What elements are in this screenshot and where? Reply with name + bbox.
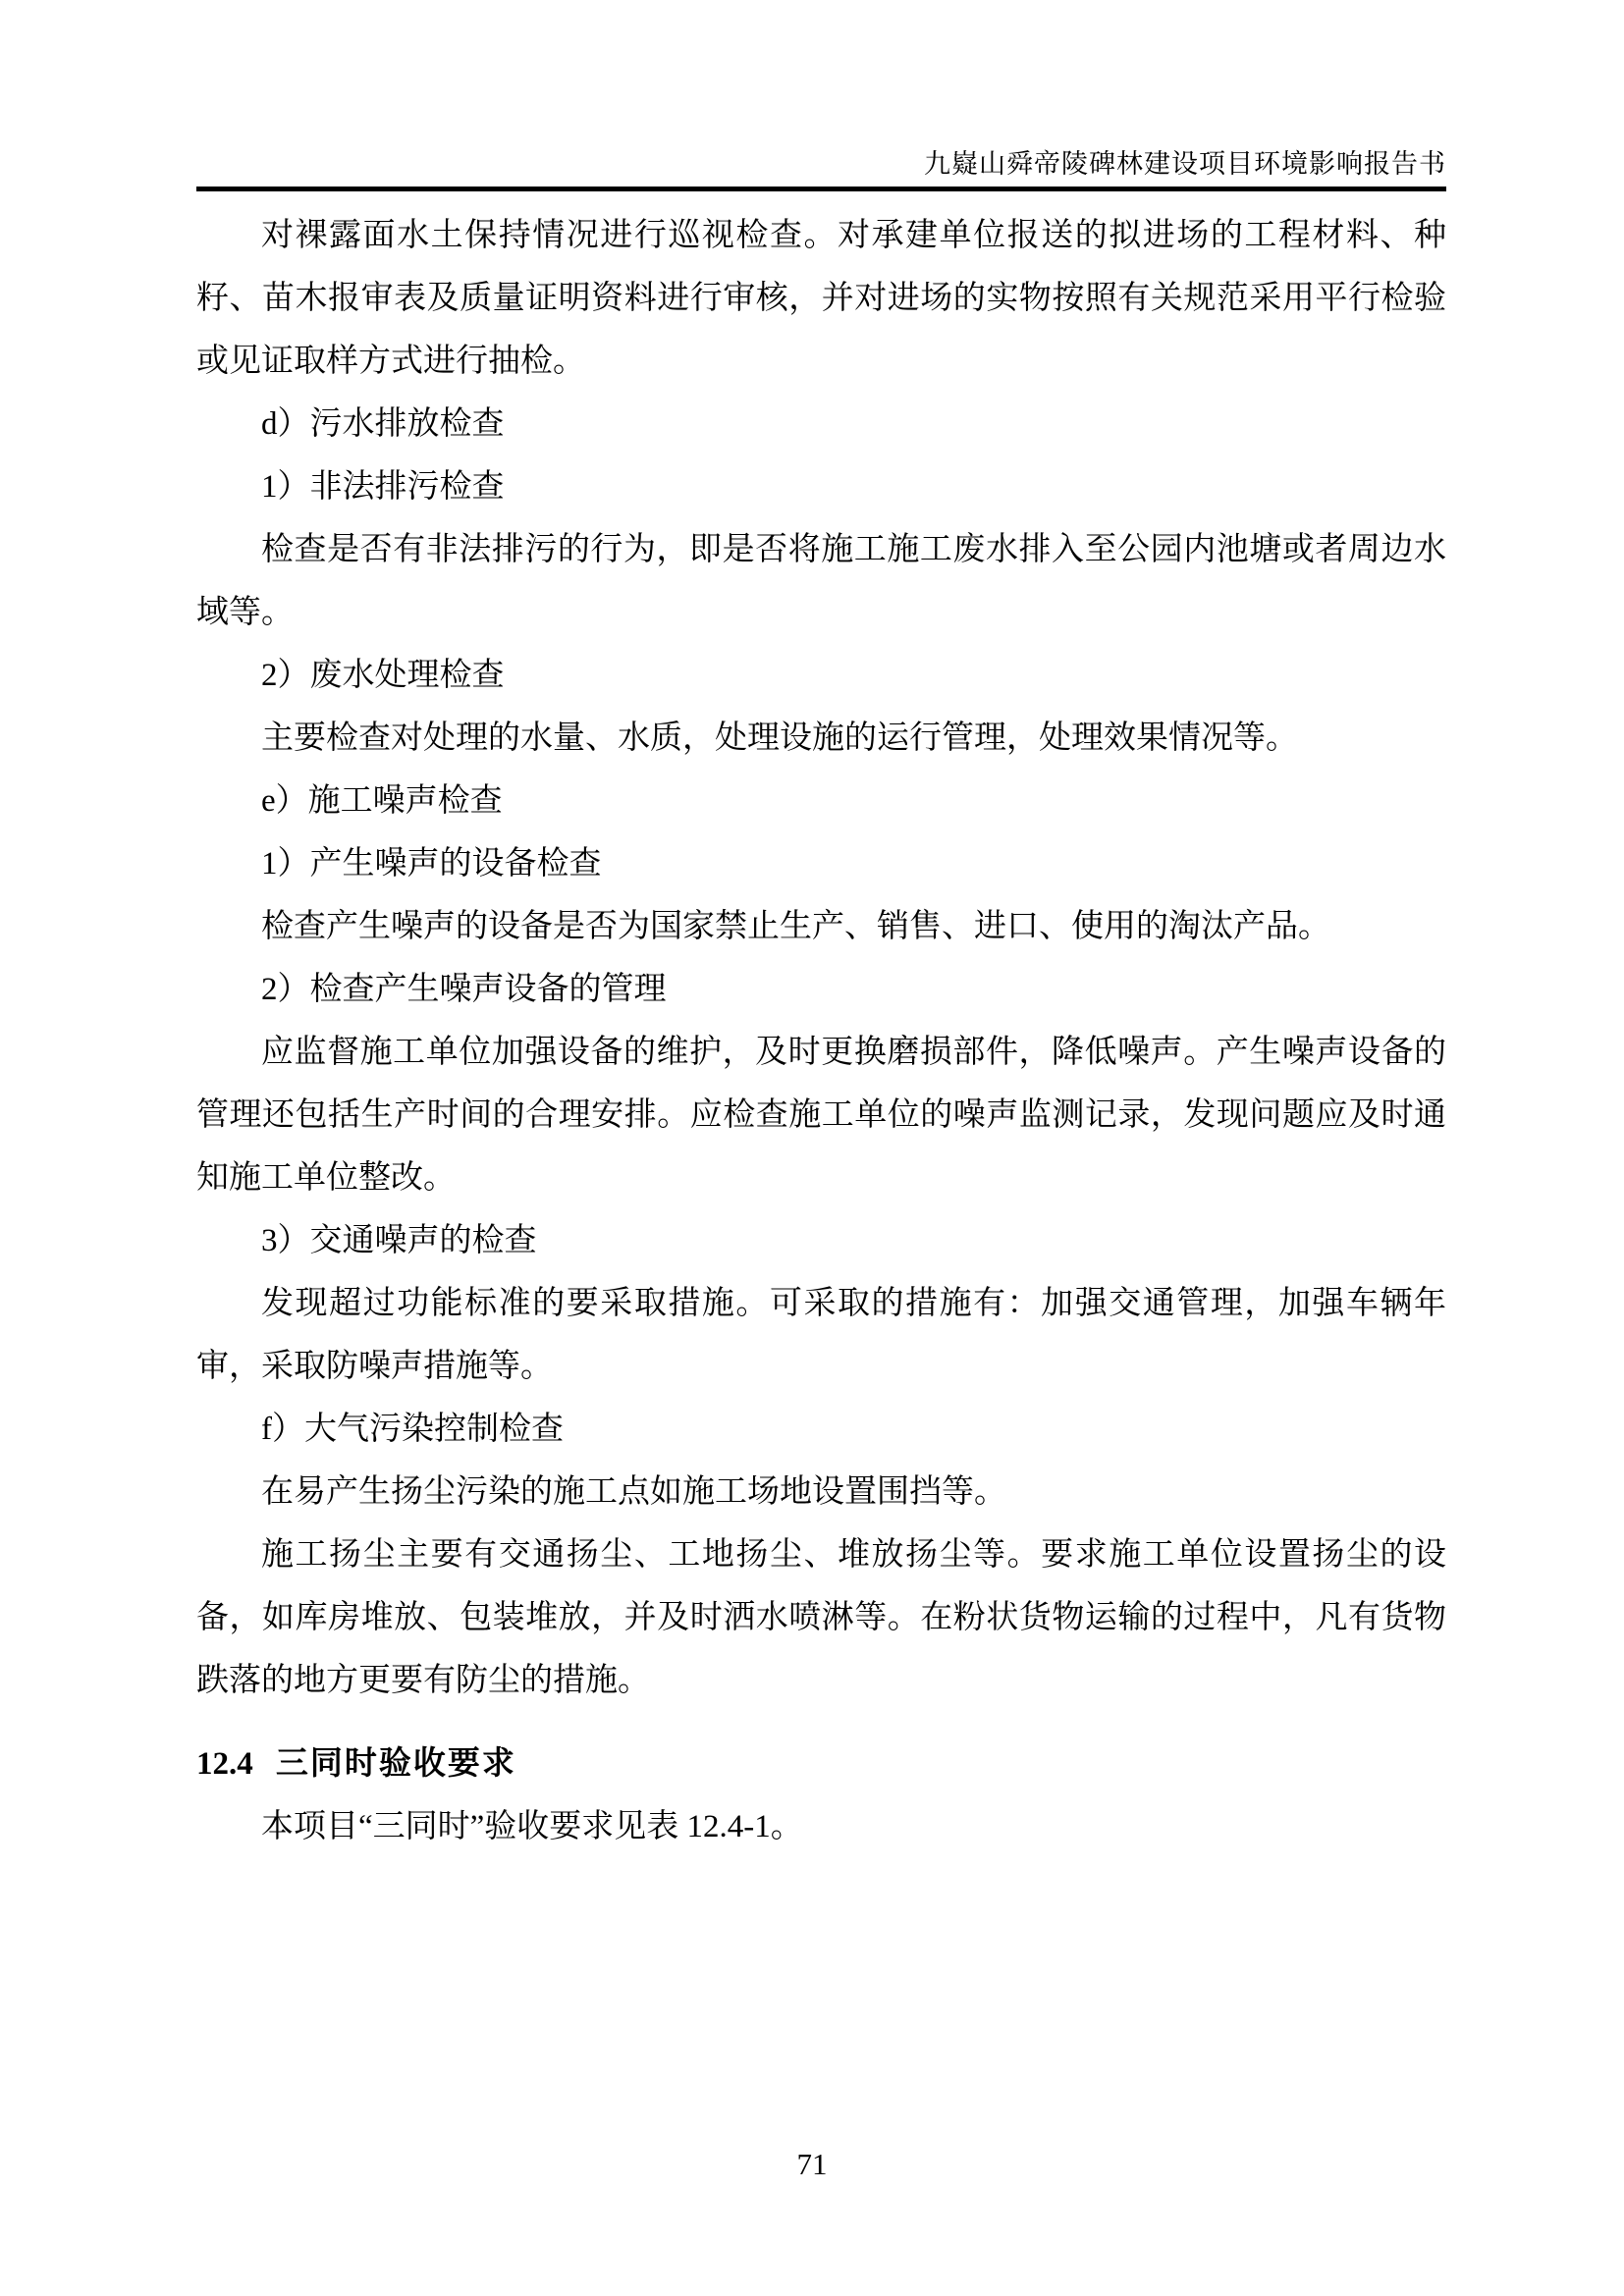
body-paragraph: 主要检查对处理的水量、水质，处理设施的运行管理，处理效果情况等。 [196, 707, 1446, 770]
body-paragraph: 2）检查产生噪声设备的管理 [196, 958, 1446, 1021]
page-header: 九嶷山舜帝陵碑林建设项目环境影响报告书 [196, 147, 1446, 181]
header-title: 九嶷山舜帝陵碑林建设项目环境影响报告书 [924, 149, 1446, 179]
body-paragraph: f）大气污染控制检查 [196, 1398, 1446, 1461]
section-heading-title: 三同时验收要求 [276, 1744, 516, 1781]
body-paragraph: 在易产生扬尘污染的施工点如施工场地设置围挡等。 [196, 1461, 1446, 1523]
header-rule [196, 187, 1446, 191]
body-paragraph: d）污水排放检查 [196, 393, 1446, 455]
section-heading: 12.4三同时验收要求 [196, 1732, 1446, 1795]
body-paragraph: 应监督施工单位加强设备的维护，及时更换磨损部件，降低噪声。产生噪声设备的管理还包… [196, 1021, 1446, 1209]
body-paragraph: e）施工噪声检查 [196, 770, 1446, 832]
section-heading-number: 12.4 [196, 1746, 253, 1782]
body-paragraph: 检查是否有非法排污的行为，即是否将施工施工废水排入至公园内池塘或者周边水域等。 [196, 518, 1446, 644]
page-footer: 71 [0, 2146, 1624, 2183]
body-paragraph: 检查产生噪声的设备是否为国家禁止生产、销售、进口、使用的淘汰产品。 [196, 895, 1446, 958]
body-paragraph: 1）非法排污检查 [196, 455, 1446, 518]
document-body: 对裸露面水土保持情况进行巡视检查。对承建单位报送的拟进场的工程材料、种籽、苗木报… [196, 204, 1446, 1858]
body-paragraph: 本项目“三同时”验收要求见表 12.4-1。 [196, 1795, 1446, 1858]
body-paragraph: 施工扬尘主要有交通扬尘、工地扬尘、堆放扬尘等。要求施工单位设置扬尘的设备，如库房… [196, 1523, 1446, 1712]
body-paragraph: 发现超过功能标准的要采取措施。可采取的措施有：加强交通管理，加强车辆年审，采取防… [196, 1272, 1446, 1398]
body-paragraph: 2）废水处理检查 [196, 644, 1446, 707]
body-paragraph: 1）产生噪声的设备检查 [196, 832, 1446, 895]
body-paragraph: 对裸露面水土保持情况进行巡视检查。对承建单位报送的拟进场的工程材料、种籽、苗木报… [196, 204, 1446, 393]
page-number: 71 [797, 2147, 828, 2181]
body-paragraph: 3）交通噪声的检查 [196, 1209, 1446, 1272]
document-page: 九嶷山舜帝陵碑林建设项目环境影响报告书 对裸露面水土保持情况进行巡视检查。对承建… [0, 0, 1624, 2296]
